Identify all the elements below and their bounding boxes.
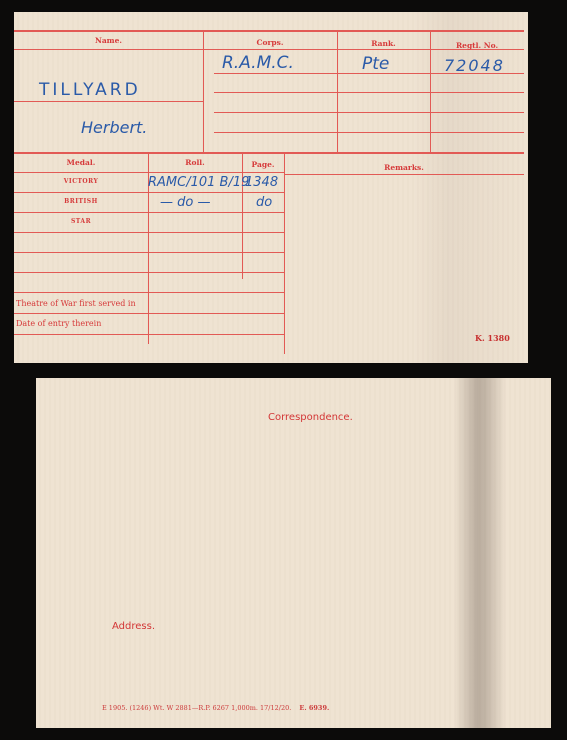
rule (284, 154, 285, 354)
rule (203, 32, 204, 152)
british-roll-entry: — do — (160, 195, 210, 210)
forename-entry: Herbert. (81, 118, 147, 137)
rule (14, 192, 284, 193)
medal-label-victory: VICTORY (14, 178, 148, 185)
medal-index-card-front: Name. Corps. Rank. Regtl. No. Medal. Rol… (14, 12, 528, 363)
rule (14, 232, 284, 233)
print-reference: E 1905. (1246) Wt. W 2881—R.P. 6267 1,00… (102, 704, 291, 712)
british-page-entry: do (256, 195, 272, 210)
victory-page-entry: 1348 (245, 175, 278, 190)
card-shade (454, 378, 506, 728)
victory-roll-entry: RAMC/101 B/19 (148, 175, 249, 190)
theatre-of-war-label: Theatre of War first served in (16, 299, 136, 308)
header-corps: Corps. (203, 38, 337, 47)
header-remarks: Remarks. (284, 163, 524, 172)
medal-index-card-back: Correspondence. Address. E 1905. (1246) … (36, 378, 551, 728)
header-rank: Rank. (337, 39, 430, 48)
rank-entry: Pte (362, 54, 389, 74)
rule (214, 112, 524, 113)
medal-label-star: STAR (14, 218, 148, 225)
header-name: Name. (14, 36, 203, 45)
corps-entry: R.A.M.C. (222, 53, 294, 73)
address-label: Address. (112, 621, 155, 632)
regtl-no-entry: 72048 (444, 56, 505, 75)
correspondence-label: Correspondence. (268, 412, 353, 423)
rule (214, 132, 524, 133)
surname-entry: TILLYARD (39, 80, 141, 100)
rule (14, 101, 203, 102)
print-code: E. 6939. (299, 704, 329, 712)
form-number: K. 1380 (475, 333, 510, 343)
header-roll: Roll. (148, 158, 242, 167)
header-page: Page. (242, 160, 284, 169)
rule (214, 92, 524, 93)
medal-label-british: BRITISH (14, 198, 148, 205)
rule (14, 152, 524, 154)
header-regtl-no: Regtl. No. (430, 41, 524, 50)
rule (14, 212, 284, 213)
rule (14, 334, 284, 335)
rule (14, 172, 284, 173)
date-of-entry-label: Date of entry therein (16, 319, 101, 328)
rule (284, 174, 524, 175)
rule (14, 272, 284, 273)
rule (14, 292, 284, 293)
rule (14, 30, 524, 32)
rule (14, 313, 284, 314)
rule (14, 252, 284, 253)
header-medal: Medal. (14, 158, 148, 167)
print-footer: E 1905. (1246) Wt. W 2881—R.P. 6267 1,00… (102, 704, 329, 712)
